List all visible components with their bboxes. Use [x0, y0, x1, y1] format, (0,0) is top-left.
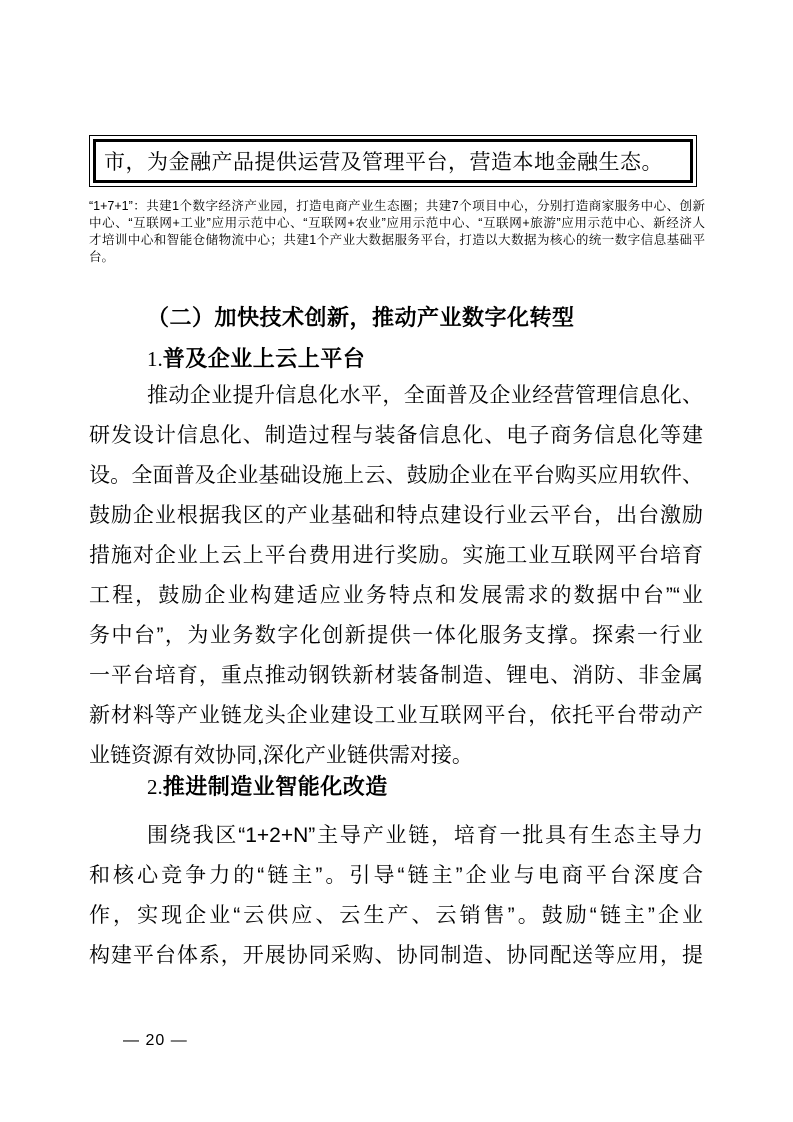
body-line: 新材料等产业链龙头企业建设工业互联网平台，依托平台带动产: [89, 696, 703, 736]
subsection-title: 推进制造业智能化改造: [163, 774, 388, 799]
body-line: 业链资源有效协同,深化产业链供需对接。: [89, 736, 703, 776]
body-line: 围绕我区“1+2+N”主导产业链，培育一批具有生态主导力: [89, 816, 703, 856]
footnote-line: 中心、“互联网+工业”应用示范中心、“互联网+农业”应用示范中心、“互联网+旅游…: [89, 215, 705, 232]
body-line: 和核心竞争力的“链主”。引导“链主”企业与电商平台深度合: [89, 856, 703, 896]
body-line: 一平台培育，重点推动钢铁新材装备制造、锂电、消防、非金属: [89, 656, 703, 696]
body-line: 措施对企业上云上平台费用进行奖励。实施工业互联网平台培育: [89, 536, 703, 576]
subsection-number: 2.: [147, 775, 163, 799]
subsection-heading-2: 2.推进制造业智能化改造: [89, 771, 705, 803]
footnote: “1+7+1”：共建1个数字经济产业园，打造电商产业生态圈；共建7个项目中心，分…: [89, 198, 705, 266]
document-page: { "page": { "background": "#ffffff", "te…: [0, 0, 793, 1122]
body-line: 推动企业提升信息化水平，全面普及企业经营管理信息化、: [89, 376, 703, 416]
section-heading: （二）加快技术创新，推动产业数字化转型: [89, 303, 705, 333]
footnote-line: “1+7+1”：共建1个数字经济产业园，打造电商产业生态圈；共建7个项目中心，分…: [89, 198, 705, 215]
body-line: 构建平台体系，开展协同采购、协同制造、协同配送等应用，提: [89, 936, 703, 976]
paragraph-1: 推动企业提升信息化水平，全面普及企业经营管理信息化、 研发设计信息化、制造过程与…: [89, 376, 703, 776]
subsection-heading-1: 1.普及企业上云上平台: [89, 343, 705, 375]
callout-text: 市，为金融产品提供运营及管理平台，营造本地金融生态。: [104, 146, 663, 176]
callout-box: 市，为金融产品提供运营及管理平台，营造本地金融生态。: [93, 139, 693, 183]
body-line: 作，实现企业“云供应、云生产、云销售”。鼓励“链主”企业: [89, 896, 703, 936]
body-line: 研发设计信息化、制造过程与装备信息化、电子商务信息化等建: [89, 416, 703, 456]
body-line: 设。全面普及企业基础设施上云、鼓励企业在平台购买应用软件、: [89, 456, 703, 496]
footnote-line: 才培训中心和智能仓储物流中心；共建1个产业大数据服务平台，打造以大数据为核心的统…: [89, 232, 705, 266]
subsection-title: 普及企业上云上平台: [163, 346, 366, 371]
subsection-number: 1.: [147, 347, 163, 371]
paragraph-2: 围绕我区“1+2+N”主导产业链，培育一批具有生态主导力 和核心竞争力的“链主”…: [89, 816, 703, 976]
page-number: — 20 —: [89, 1032, 188, 1050]
body-line: 工程，鼓励企业构建适应业务特点和发展需求的数据中台”“业: [89, 576, 703, 616]
body-line: 鼓励企业根据我区的产业基础和特点建设行业云平台，出台激励: [89, 496, 703, 536]
body-line: 务中台”，为业务数字化创新提供一体化服务支撑。探索一行业: [89, 616, 703, 656]
